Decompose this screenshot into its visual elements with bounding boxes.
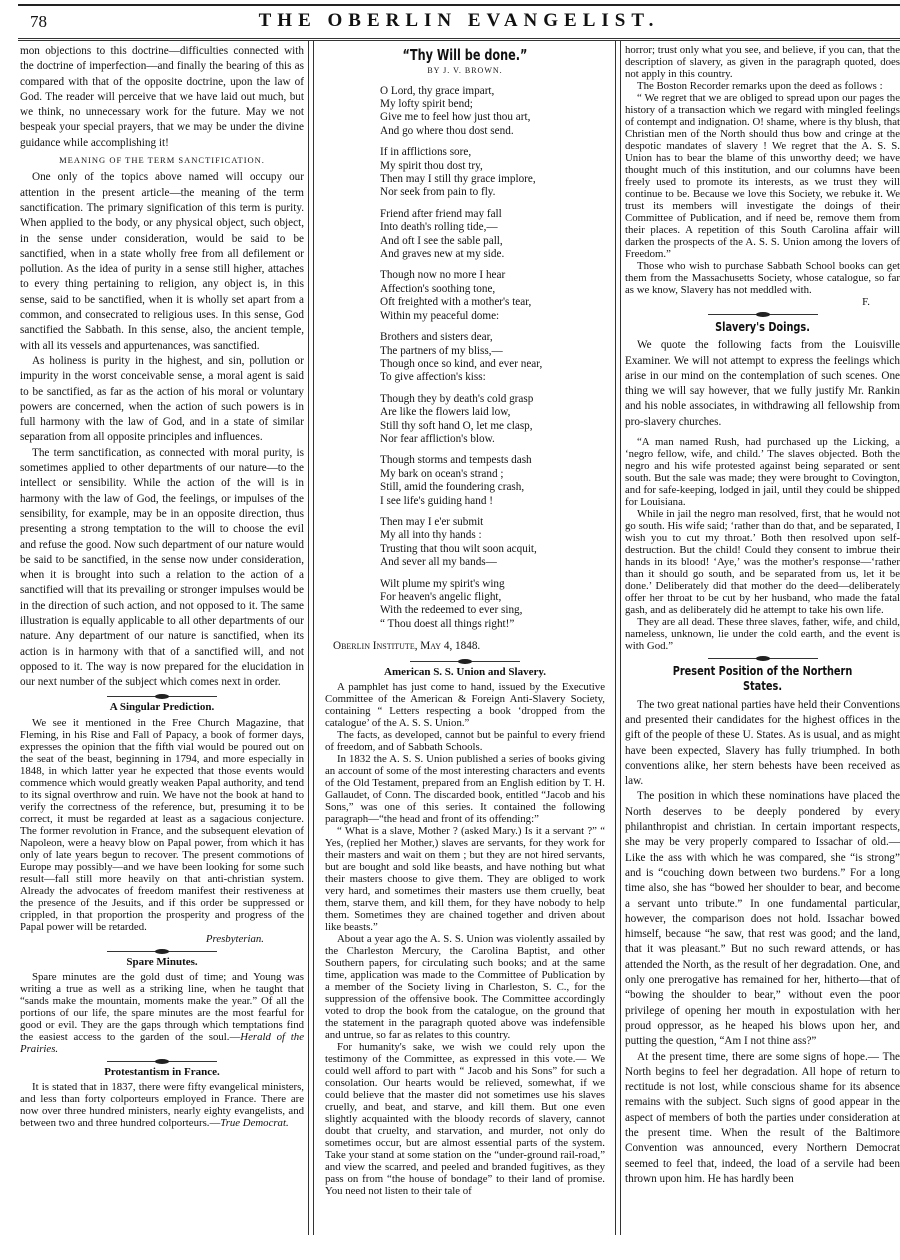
paragraph: About a year ago the A. S. S. Union was … (325, 933, 605, 1041)
poem-line: My bark on ocean's strand ; (380, 468, 605, 481)
poem-line: Give me to feel how just thou art, (380, 111, 605, 124)
poem-line: Nor fear affliction's blow. (380, 433, 605, 446)
ornamental-rule (410, 661, 520, 662)
poem-line: And go where thou dost send. (380, 125, 605, 138)
poem-stanza: If in afflictions sore,My spirit thou do… (380, 146, 605, 200)
article-heading: American S. S. Union and Slavery. (325, 665, 605, 680)
paragraph: A pamphlet has just come to hand, issued… (325, 681, 605, 729)
poem-line: Brothers and sisters dear, (380, 331, 605, 344)
poem-line: And sever all my bands— (380, 556, 605, 569)
article-signature: F. (625, 296, 900, 308)
poem-line: My all into thy hands : (380, 529, 605, 542)
poem-line: I see life's guiding hand ! (380, 495, 605, 508)
paragraph: One only of the topics above named will … (20, 170, 304, 354)
poem-line: With the redeemed to ever sing, (380, 604, 605, 617)
poem-stanza: Brothers and sisters dear,The partners o… (380, 331, 605, 385)
column-middle: “Thy Will be done.” BY J. V. BROWN. O Lo… (325, 44, 605, 1197)
poem-stanza: Wilt plume my spirit's wingFor heaven's … (380, 578, 605, 632)
poem-line: Still, amid the foundering crash, (380, 481, 605, 494)
ornamental-rule (107, 951, 217, 952)
ornamental-rule (708, 658, 818, 659)
poem-line: Nor seek from pain to fly. (380, 186, 605, 199)
poem-line: Friend after friend may fall (380, 208, 605, 221)
poem-line: My spirit thou dost try, (380, 160, 605, 173)
paragraph: We see it mentioned in the Free Church M… (20, 717, 304, 933)
poem-line: Then may I still thy grace implore, (380, 173, 605, 186)
poem-stanza: Then may I e'er submitMy all into thy ha… (380, 516, 605, 570)
poem-line: My lofty spirit bend; (380, 98, 605, 111)
paragraph: mon objections to this doctrine—difficul… (20, 44, 304, 151)
paragraph: The term sanctification, as connected wi… (20, 446, 304, 691)
paragraph: “ What is a slave, Mother ? (asked Mary.… (325, 825, 605, 933)
poem-line: Oft freighted with a mother's tear, (380, 296, 605, 309)
poem-stanza: Though now no more I hearAffection's soo… (380, 269, 605, 323)
paragraph: While in jail the negro man resolved, fi… (625, 508, 900, 616)
paragraph: The two great national parties have held… (625, 698, 900, 790)
poem-line: The partners of my bliss,— (380, 345, 605, 358)
poem-line: And graves new at my side. (380, 248, 605, 261)
paragraph: For humanity's sake, we wish we could re… (325, 1041, 605, 1197)
poem-line: Into death's rolling tide,— (380, 221, 605, 234)
newspaper-page: 78 THE OBERLIN EVANGELIST. mon objection… (18, 0, 900, 1260)
poem-line: Still thy soft hand O, let me clasp, (380, 420, 605, 433)
masthead: 78 THE OBERLIN EVANGELIST. (18, 4, 900, 41)
paragraph: As holiness is purity in the highest, an… (20, 354, 304, 446)
poem-stanza: O Lord, thy grace impart,My lofty spirit… (380, 85, 605, 139)
column-left: mon objections to this doctrine—difficul… (20, 44, 304, 1129)
poem-line: And oft I see the sable pall, (380, 235, 605, 248)
ornamental-rule (708, 314, 818, 315)
poem-line: O Lord, thy grace impart, (380, 85, 605, 98)
poem-line: Are like the flowers laid low, (380, 406, 605, 419)
article-heading: A Singular Prediction. (20, 700, 304, 715)
poem-line: Though they by death's cold grasp (380, 393, 605, 406)
poem-line: Though once so kind, and ever near, (380, 358, 605, 371)
paragraph: At the present time, there are some sign… (625, 1050, 900, 1188)
poem-body: O Lord, thy grace impart,My lofty spirit… (325, 85, 605, 632)
poem-line: For heaven's angelic flight, (380, 591, 605, 604)
poem-line: Affection's soothing tone, (380, 283, 605, 296)
paragraph: Spare minutes are the gold dust of time;… (20, 971, 304, 1055)
paragraph: The facts, as developed, cannot but be p… (325, 729, 605, 753)
poem-line: “ Thou doest all things right!” (380, 618, 605, 631)
paragraph: “A man named Rush, had purchased up the … (625, 436, 900, 508)
paragraph: In 1832 the A. S. S. Union published a s… (325, 753, 605, 825)
paragraph: The Boston Recorder remarks upon the dee… (625, 80, 900, 92)
article-heading: Present Position of the Northern States. (655, 663, 870, 694)
article-source: True Democrat. (220, 1117, 288, 1129)
poem-stanza: Though they by death's cold graspAre lik… (380, 393, 605, 447)
ornamental-rule (107, 1061, 217, 1062)
poem-stanza: Friend after friend may fallInto death's… (380, 208, 605, 262)
article-heading: Protestantism in France. (20, 1065, 304, 1080)
poem-byline: BY J. V. BROWN. (325, 63, 605, 78)
paragraph: Those who wish to purchase Sabbath Schoo… (625, 260, 900, 296)
poem-line: Trusting that thou wilt soon acquit, (380, 543, 605, 556)
article-heading: Slavery's Doings. (655, 319, 870, 334)
paragraph: “ We regret that we are obliged to sprea… (625, 92, 900, 260)
column-divider (308, 40, 314, 1235)
poem-signature: Oberlin Institute, May 4, 1848. (333, 639, 605, 654)
article-source: Presbyterian. (20, 933, 304, 945)
paragraph: They are all dead. These three slaves, f… (625, 616, 900, 652)
poem-line: Then may I e'er submit (380, 516, 605, 529)
poem-line: Within my peaceful dome: (380, 310, 605, 323)
column-right: horror; trust only what you see, and bel… (625, 44, 900, 1187)
newspaper-title: THE OBERLIN EVANGELIST. (18, 10, 900, 32)
poem-line: If in afflictions sore, (380, 146, 605, 159)
ornamental-rule (107, 696, 217, 697)
article-heading: Spare Minutes. (20, 955, 304, 970)
poem-line: Wilt plume my spirit's wing (380, 578, 605, 591)
paragraph: It is stated that in 1837, there were fi… (20, 1081, 304, 1129)
poem-line: Though storms and tempests dash (380, 454, 605, 467)
paragraph: horror; trust only what you see, and bel… (625, 44, 900, 80)
poem-line: Though now no more I hear (380, 269, 605, 282)
section-subhead: MEANING OF THE TERM SANCTIFICATION. (20, 153, 304, 168)
poem-line: To give affection's kiss: (380, 371, 605, 384)
paragraph: We quote the following facts from the Lo… (625, 338, 900, 430)
poem-title: “Thy Will be done.” (360, 48, 570, 63)
paragraph: The position in which these nominations … (625, 789, 900, 1049)
column-divider (615, 40, 621, 1235)
poem-stanza: Though storms and tempests dashMy bark o… (380, 454, 605, 508)
